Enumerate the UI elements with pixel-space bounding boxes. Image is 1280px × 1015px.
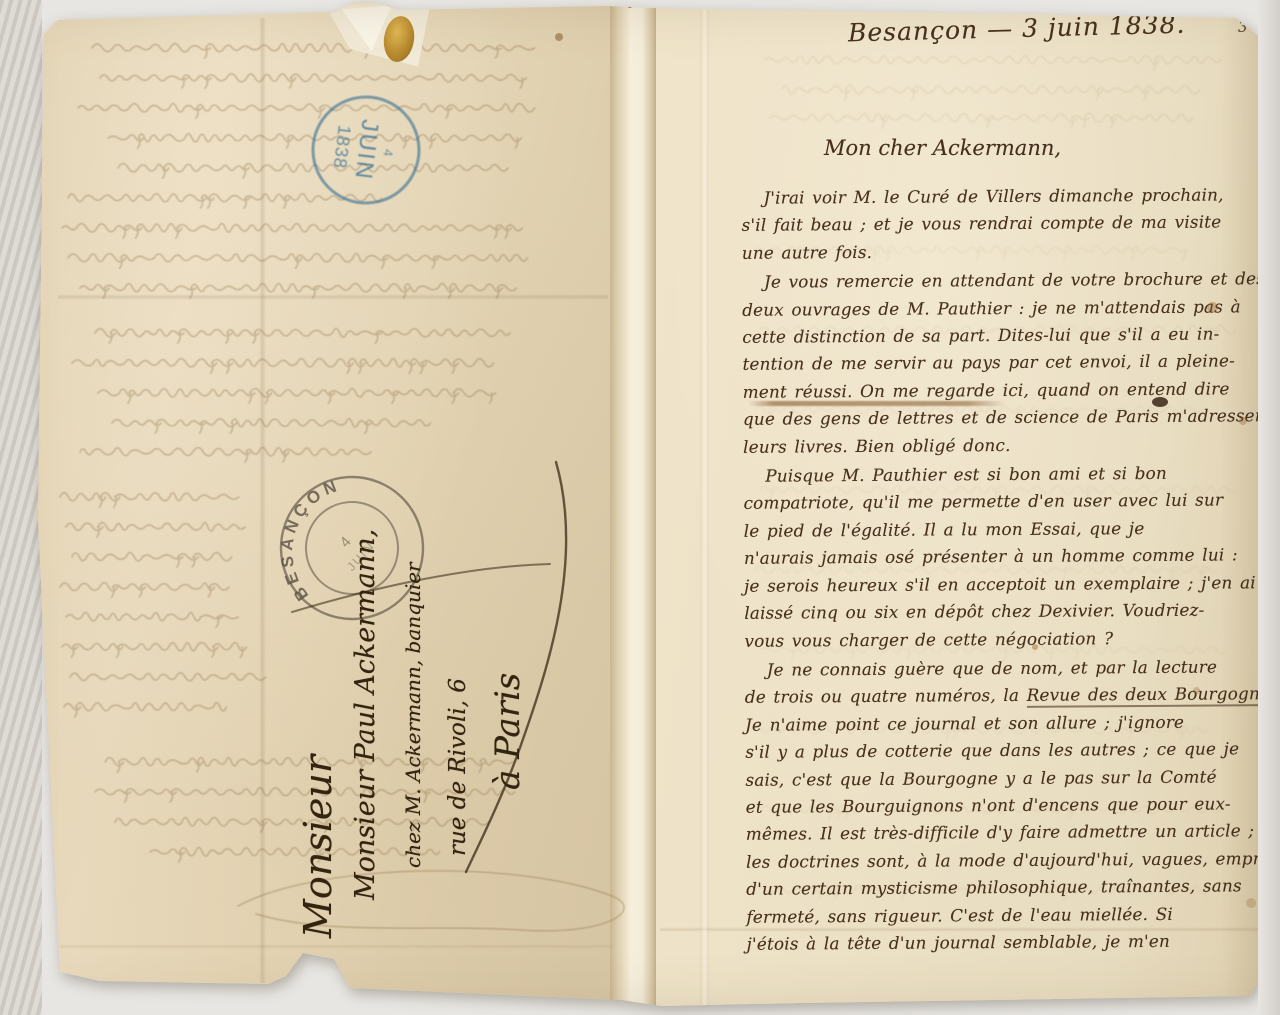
letter-line: Je n'aime point ce journal et son allure… bbox=[745, 708, 1265, 739]
letter-line: de trois ou quatre numéros, la Revue des… bbox=[745, 680, 1265, 711]
letter-line: cette distinction de sa part. Dites-lui … bbox=[742, 320, 1262, 351]
letter-line: Je ne connais guère que de nom, et par l… bbox=[745, 653, 1265, 684]
letter-line: je serois heureux s'il en acceptoit un e… bbox=[744, 569, 1264, 600]
address-line: Monsieur Paul Ackermann, bbox=[341, 420, 391, 940]
letter-line: Je vous remercie en attendant de votre b… bbox=[742, 265, 1262, 296]
letter-line: mêmes. Il est très-difficile d'y faire a… bbox=[746, 818, 1266, 849]
letter-sheet: 4 JUIN 1838 BESANÇON 4 JUIN MonsieurMons… bbox=[0, 0, 1280, 1015]
letter-sheet-wrap: 4 JUIN 1838 BESANÇON 4 JUIN MonsieurMons… bbox=[0, 0, 1280, 1015]
letter-line: sais, c'est que la Bourgogne y a le pas … bbox=[745, 763, 1265, 794]
letter-body: J'irai voir M. le Curé de Villers dimanc… bbox=[741, 179, 1266, 958]
letter-line: une autre fois. bbox=[742, 236, 1262, 267]
letter-line: n'aurais jamais osé présenter à un homme… bbox=[744, 541, 1264, 572]
letter-line: s'il y a plus de cotterie que dans les a… bbox=[745, 735, 1265, 766]
address-block: MonsieurMonsieur Paul Ackermann,chez M. … bbox=[295, 420, 545, 940]
letter-line: J'irai voir M. le Curé de Villers dimanc… bbox=[741, 181, 1261, 212]
letter-line: le pied de l'égalité. Il a lu mon Essai,… bbox=[744, 514, 1264, 545]
letter-line: les doctrines sont, à la mode d'aujourd'… bbox=[746, 845, 1266, 876]
address-line: chez M. Ackermann, banquier bbox=[391, 420, 435, 940]
center-fold bbox=[610, 0, 656, 1015]
letter-line: et que les Bourguignons n'ont d'encens q… bbox=[746, 790, 1266, 821]
address-line: Monsieur bbox=[295, 420, 341, 940]
letter-line: fermeté, sans rigueur. C'est de l'eau mi… bbox=[746, 900, 1266, 931]
letter-line: d'un certain mysticisme philosophique, t… bbox=[746, 872, 1266, 903]
letter-line: j'étois à la tête d'un journal semblable… bbox=[747, 927, 1267, 958]
address-line: rue de Rivoli, 6 bbox=[435, 420, 481, 940]
letter-line: tention de me servir au pays par cet env… bbox=[742, 348, 1262, 379]
red-speck bbox=[336, 1, 344, 7]
letter-line: deux ouvrages de M. Pauthier : je ne m'a… bbox=[742, 293, 1262, 324]
address-line: à Paris bbox=[481, 420, 535, 940]
letter-line: compatriote, qu'il me permette d'en user… bbox=[743, 487, 1263, 518]
letter-line: Puisque M. Pauthier est si bon ami et si… bbox=[743, 459, 1263, 490]
letter-line: que des gens de lettres et de science de… bbox=[743, 402, 1263, 433]
letter-line: ment réussi. On me regarde ici, quand on… bbox=[743, 375, 1263, 406]
photo-backdrop: { "letter": { "folio": "3", "dateline": … bbox=[0, 0, 1280, 1015]
letter-line: leurs livres. Bien obligé donc. bbox=[743, 430, 1263, 461]
letter-line: s'il fait beau ; et je vous rendrai comp… bbox=[742, 209, 1262, 240]
letter-line: vous vous charger de cette négociation ? bbox=[744, 624, 1264, 655]
letter-line: laissé cinq ou six en dépôt chez Dexivie… bbox=[744, 596, 1264, 627]
underlined-phrase: Revue des deux Bourgognes. bbox=[1027, 683, 1280, 708]
